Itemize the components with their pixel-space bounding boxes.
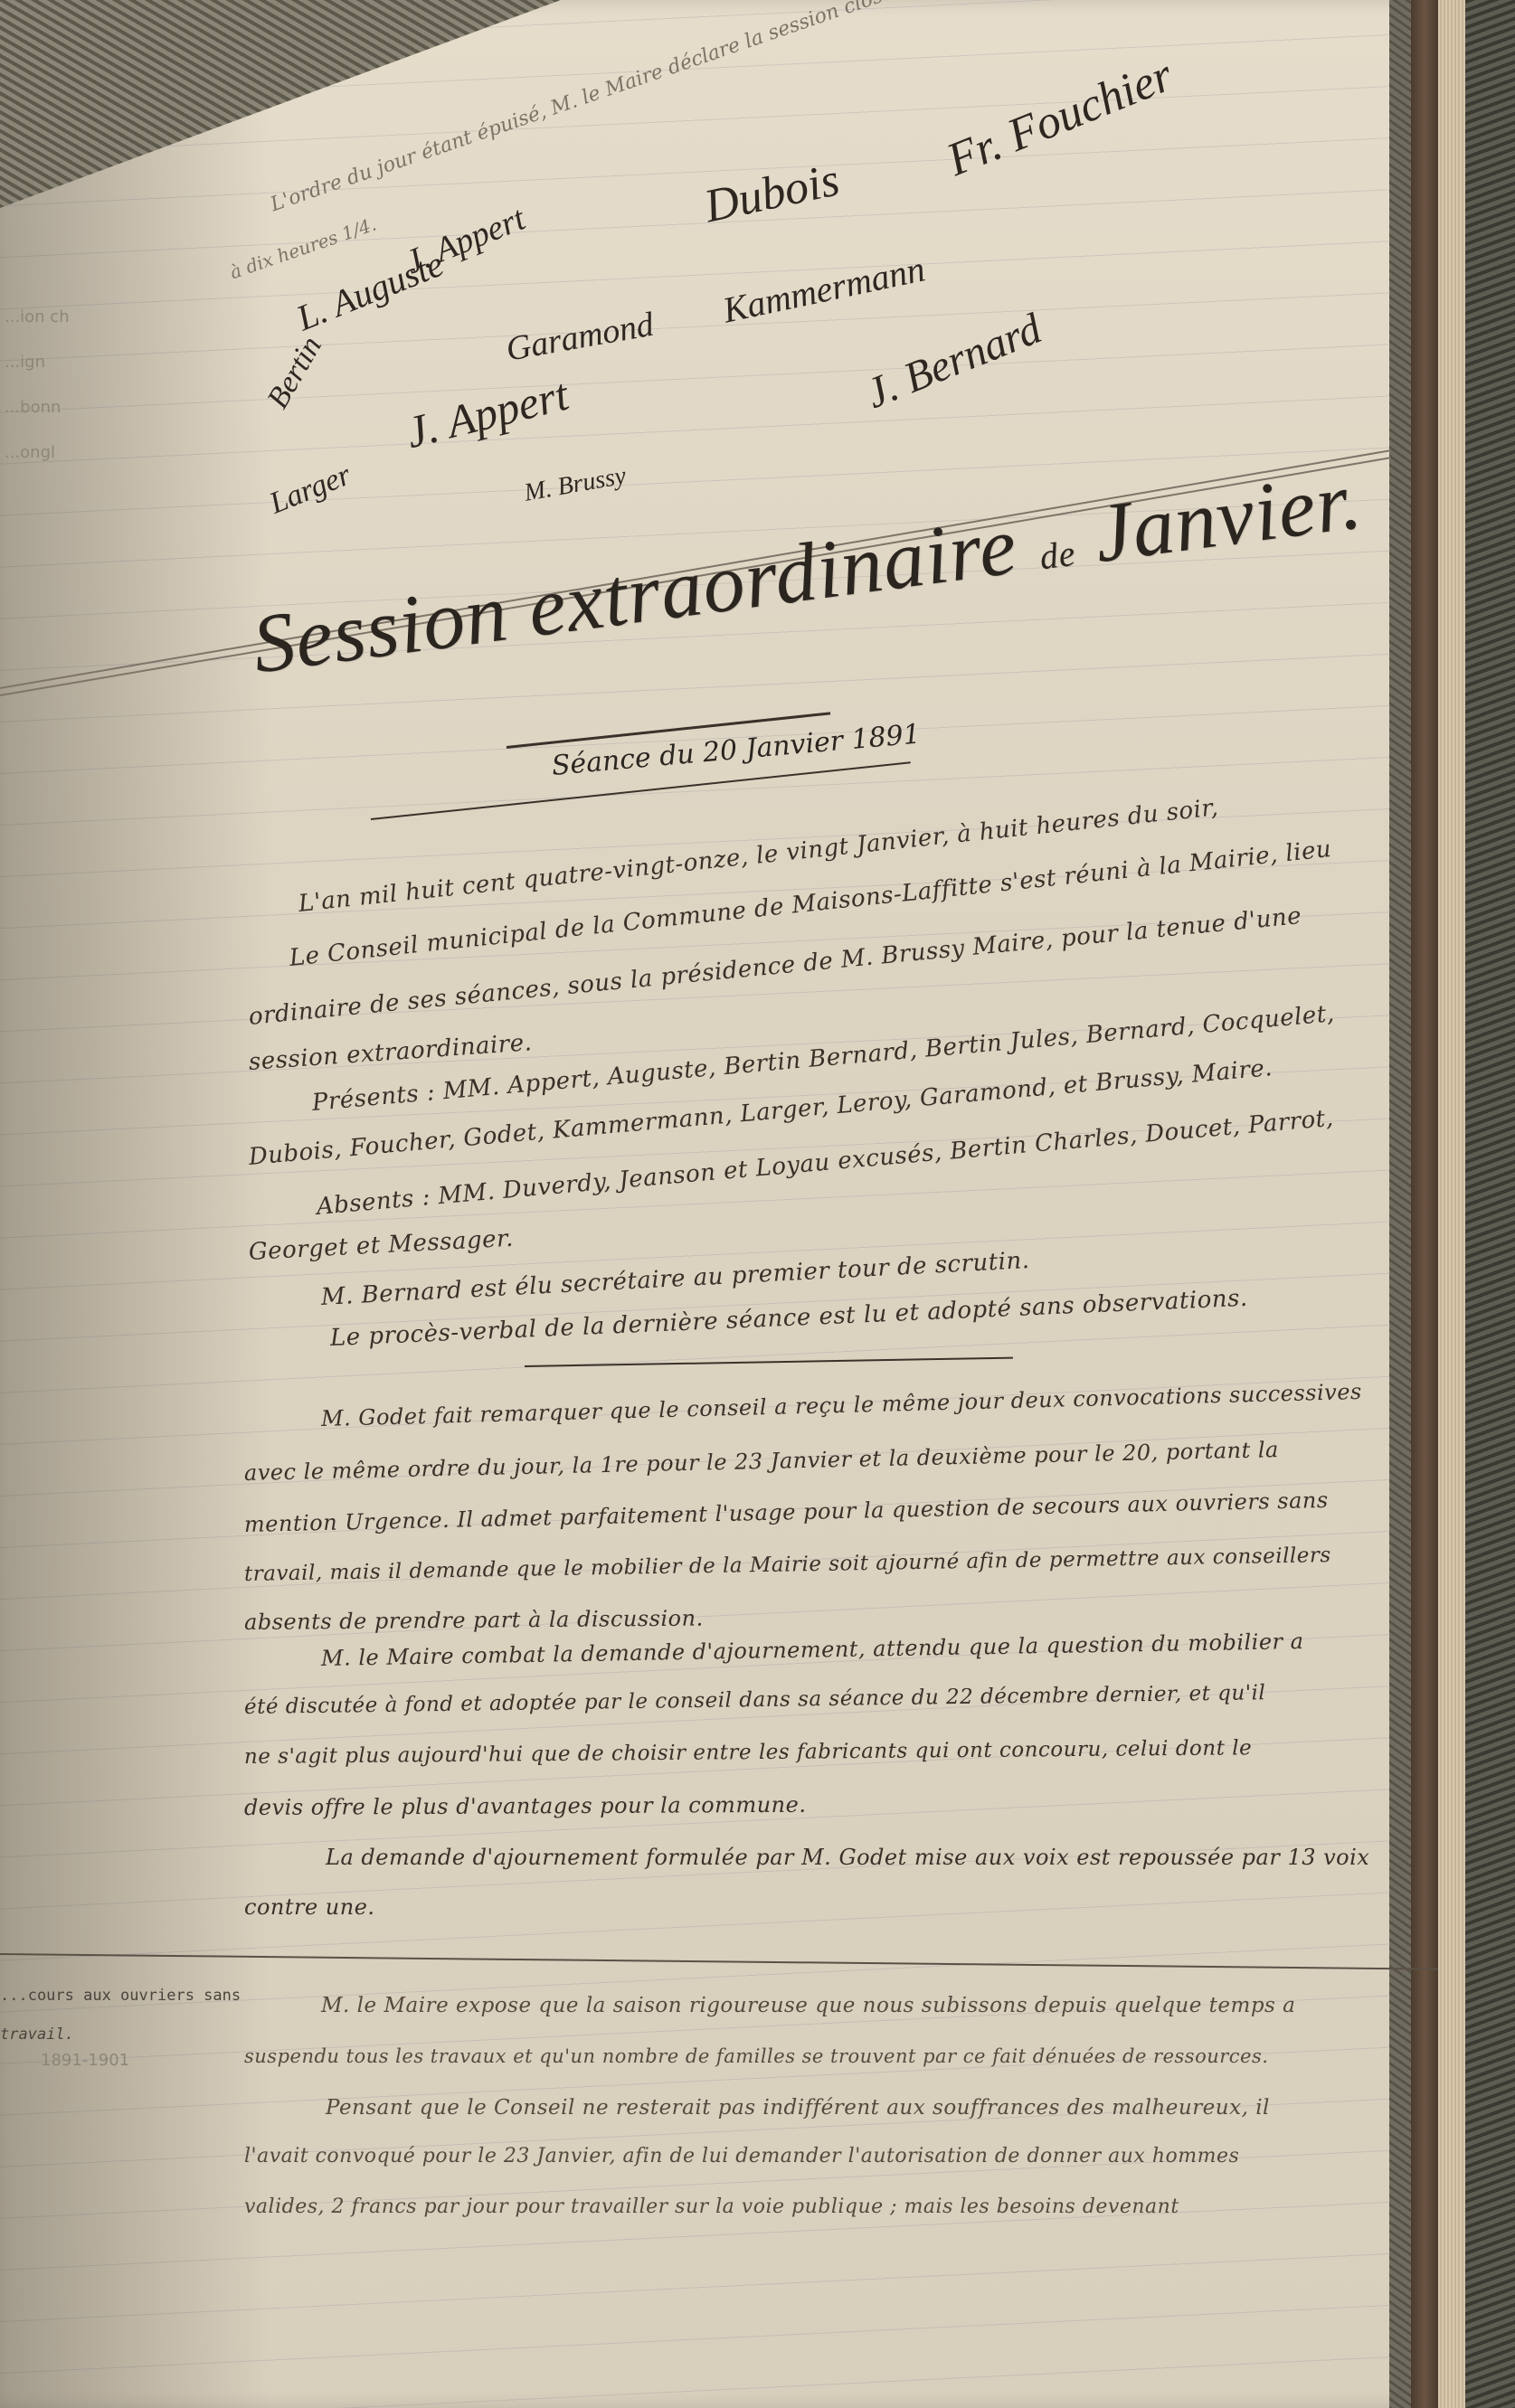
text-line: M. le Maire expose que la saison rigoure… <box>321 1994 1295 2017</box>
text-line: contre une. <box>244 1894 375 1920</box>
book-cover-edge <box>1411 0 1438 2408</box>
margin-heading: ...cours aux ouvriers sans <box>0 1987 241 2005</box>
margin-heading: travail. <box>0 2026 74 2044</box>
pencil-note: 1891-1901 <box>41 2051 129 2070</box>
title-connector: de <box>1037 533 1078 578</box>
margin-fragment: ...ion ch <box>5 307 70 326</box>
text-line: suspendu tous les travaux et qu'un nombr… <box>244 2045 1268 2067</box>
text-line: devis offre le plus d'avantages pour la … <box>244 1792 807 1820</box>
text-line: valides, 2 francs par jour pour travaill… <box>244 2196 1179 2218</box>
margin-fragment: ...ign <box>5 353 45 372</box>
background-fabric-right <box>1465 0 1515 2408</box>
text-line: absents de prendre part à la discussion. <box>244 1606 704 1635</box>
margin-fragment: ...ongl <box>5 443 55 462</box>
text-line: La demande d'ajournement formulée par M.… <box>326 1845 1369 1870</box>
margin-fragment: ...bonn <box>5 398 61 417</box>
page-stack-edge <box>1438 0 1465 2408</box>
text-line: l'avait convoqué pour le 23 Janvier, afi… <box>244 2145 1239 2167</box>
text-line: Pensant que le Conseil ne resterait pas … <box>326 2096 1270 2120</box>
